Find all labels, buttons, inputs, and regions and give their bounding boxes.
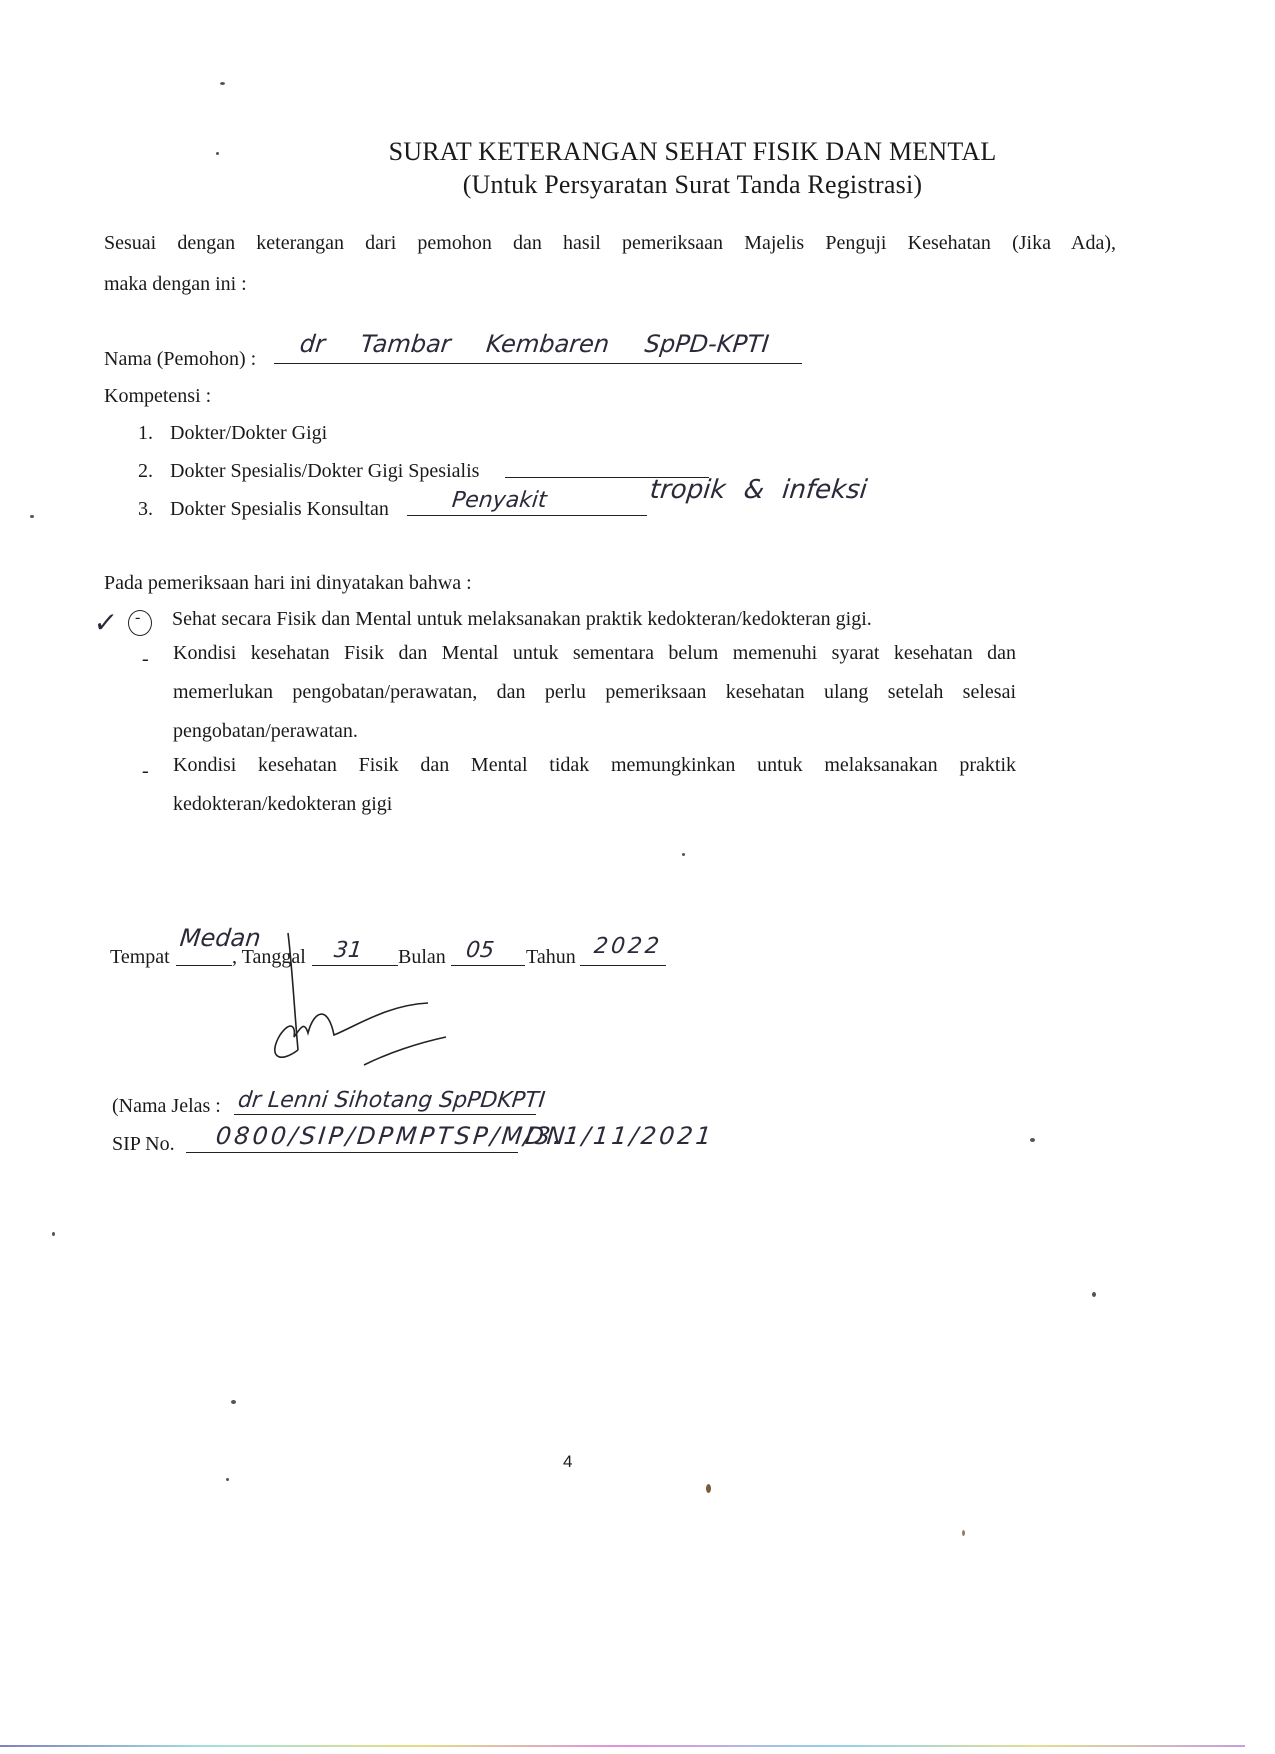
scan-speck: [682, 853, 685, 856]
signature-scribble: [268, 925, 468, 1085]
sip-handwritten: 0800/SIP/DPMPTSP/MDN: [215, 1122, 570, 1150]
option-2-text-line2: memerlukan pengobatan/perawatan, dan per…: [173, 681, 1016, 704]
competence-item-3-line: [407, 514, 647, 516]
competence-item-3-label: Dokter Spesialis Konsultan: [170, 498, 389, 521]
scan-speck: [30, 515, 34, 518]
year-line: [580, 964, 666, 966]
place-line: [176, 964, 232, 966]
statement-label: Pada pemeriksaan hari ini dinyatakan bah…: [104, 572, 472, 595]
option-3-text-line2: kedokteran/kedokteran gigi: [173, 793, 392, 816]
option-2-marker: -: [142, 648, 149, 671]
option-1-text: Sehat secara Fisik dan Mental untuk mela…: [172, 608, 872, 631]
scan-edge-line: [0, 1745, 1245, 1747]
sip-line: [186, 1151, 518, 1153]
option-1-marker: -: [135, 609, 140, 627]
year-handwritten: 2022: [593, 934, 664, 959]
competence-label: Kompetensi :: [104, 385, 211, 408]
scan-speck: [226, 1478, 229, 1481]
sip-handwritten-extra: /3.1/11/2021: [523, 1122, 716, 1150]
option-2-text-line1: Kondisi kesehatan Fisik dan Mental untuk…: [173, 642, 1016, 665]
scan-speck: [216, 152, 219, 155]
sip-label: SIP No.: [112, 1133, 175, 1156]
competence-item-3-handwritten-extra: tropik & infeksi: [648, 475, 868, 505]
scan-speck: [1030, 1138, 1035, 1142]
applicant-name-handwritten: dr Tambar Kembaren SpPD-KPTI: [299, 330, 771, 358]
applicant-label: Nama (Pemohon) :: [104, 348, 256, 371]
competence-item-2-number: 2.: [138, 460, 153, 483]
month-handwritten: 05: [465, 938, 496, 963]
page-number: 4: [563, 1452, 572, 1472]
signer-name-line: [234, 1113, 536, 1115]
option-2-text-line3: pengobatan/perawatan.: [173, 720, 358, 743]
scan-speck: [231, 1400, 236, 1404]
competence-item-3-handwritten: Penyakit: [451, 488, 548, 513]
intro-paragraph-line1: Sesuai dengan keterangan dari pemohon da…: [104, 232, 1116, 255]
year-label: Tahun: [526, 946, 576, 969]
scan-speck: [962, 1530, 965, 1536]
option-3-text-line1: Kondisi kesehatan Fisik dan Mental tidak…: [173, 754, 1016, 777]
applicant-name-line: [274, 362, 802, 364]
scan-speck: [52, 1232, 55, 1236]
competence-item-1-label: Dokter/Dokter Gigi: [170, 422, 327, 445]
signer-name-handwritten: dr Lenni Sihotang SpPDKPTI: [237, 1088, 547, 1113]
document-subtitle: (Untuk Persyaratan Surat Tanda Registras…: [0, 170, 1275, 200]
competence-item-3-number: 3.: [138, 498, 153, 521]
intro-paragraph-line2: maka dengan ini :: [104, 273, 247, 296]
scan-speck: [706, 1484, 711, 1493]
competence-item-1-number: 1.: [138, 422, 153, 445]
signer-name-label: (Nama Jelas :: [112, 1095, 221, 1118]
scan-speck: [1092, 1292, 1096, 1297]
document-title: SURAT KETERANGAN SEHAT FISIK DAN MENTAL: [0, 137, 1275, 167]
place-label: Tempat: [110, 946, 170, 969]
option-3-marker: -: [142, 760, 149, 783]
check-mark-icon: ✓: [92, 606, 119, 639]
scan-speck: [220, 82, 225, 85]
competence-item-2-label: Dokter Spesialis/Dokter Gigi Spesialis: [170, 460, 479, 483]
